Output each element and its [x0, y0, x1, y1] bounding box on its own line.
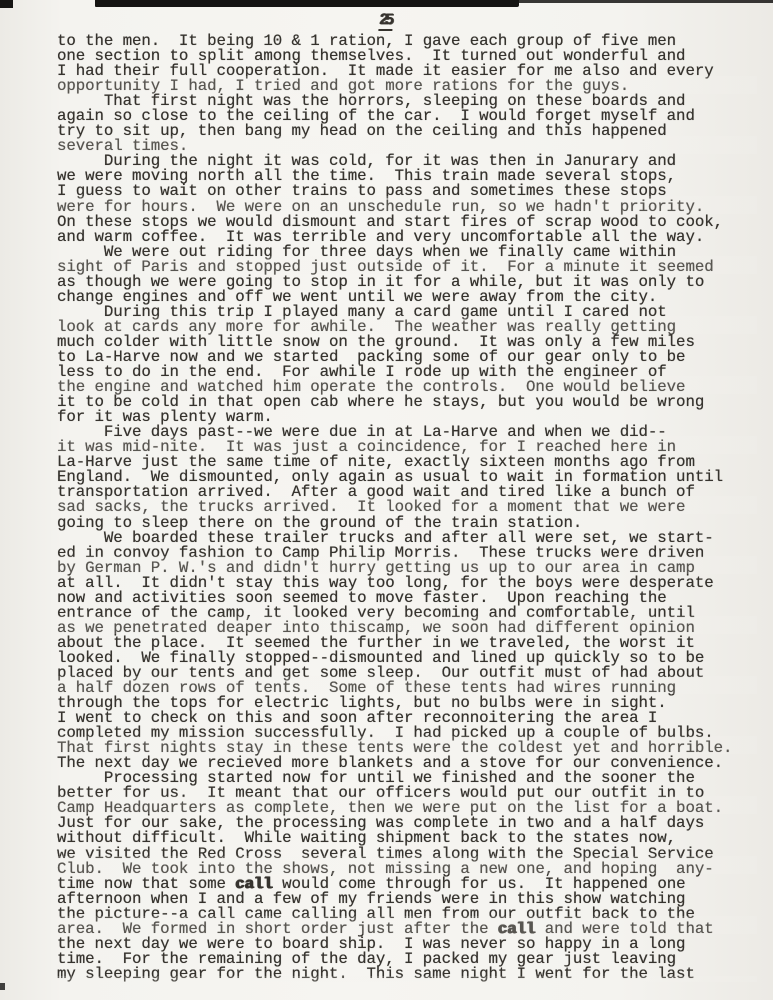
typewritten-text-body: to the men. It being 10 & 1 ration, I ga…: [57, 34, 757, 982]
page-number: 25: [0, 12, 773, 31]
scan-edge-artifact-top-left: [0, 0, 13, 8]
page-number-value: 25: [379, 12, 395, 31]
scan-edge-artifact-top-bar: [95, 0, 519, 7]
text-line: my sleeping gear for the night. This sam…: [57, 967, 757, 982]
scan-edge-artifact-bottom-left: [0, 983, 5, 990]
scan-edge-artifact-top-right: [519, 0, 773, 3]
scanned-document-page: 25 to the men. It being 10 & 1 ration, I…: [0, 0, 773, 1000]
